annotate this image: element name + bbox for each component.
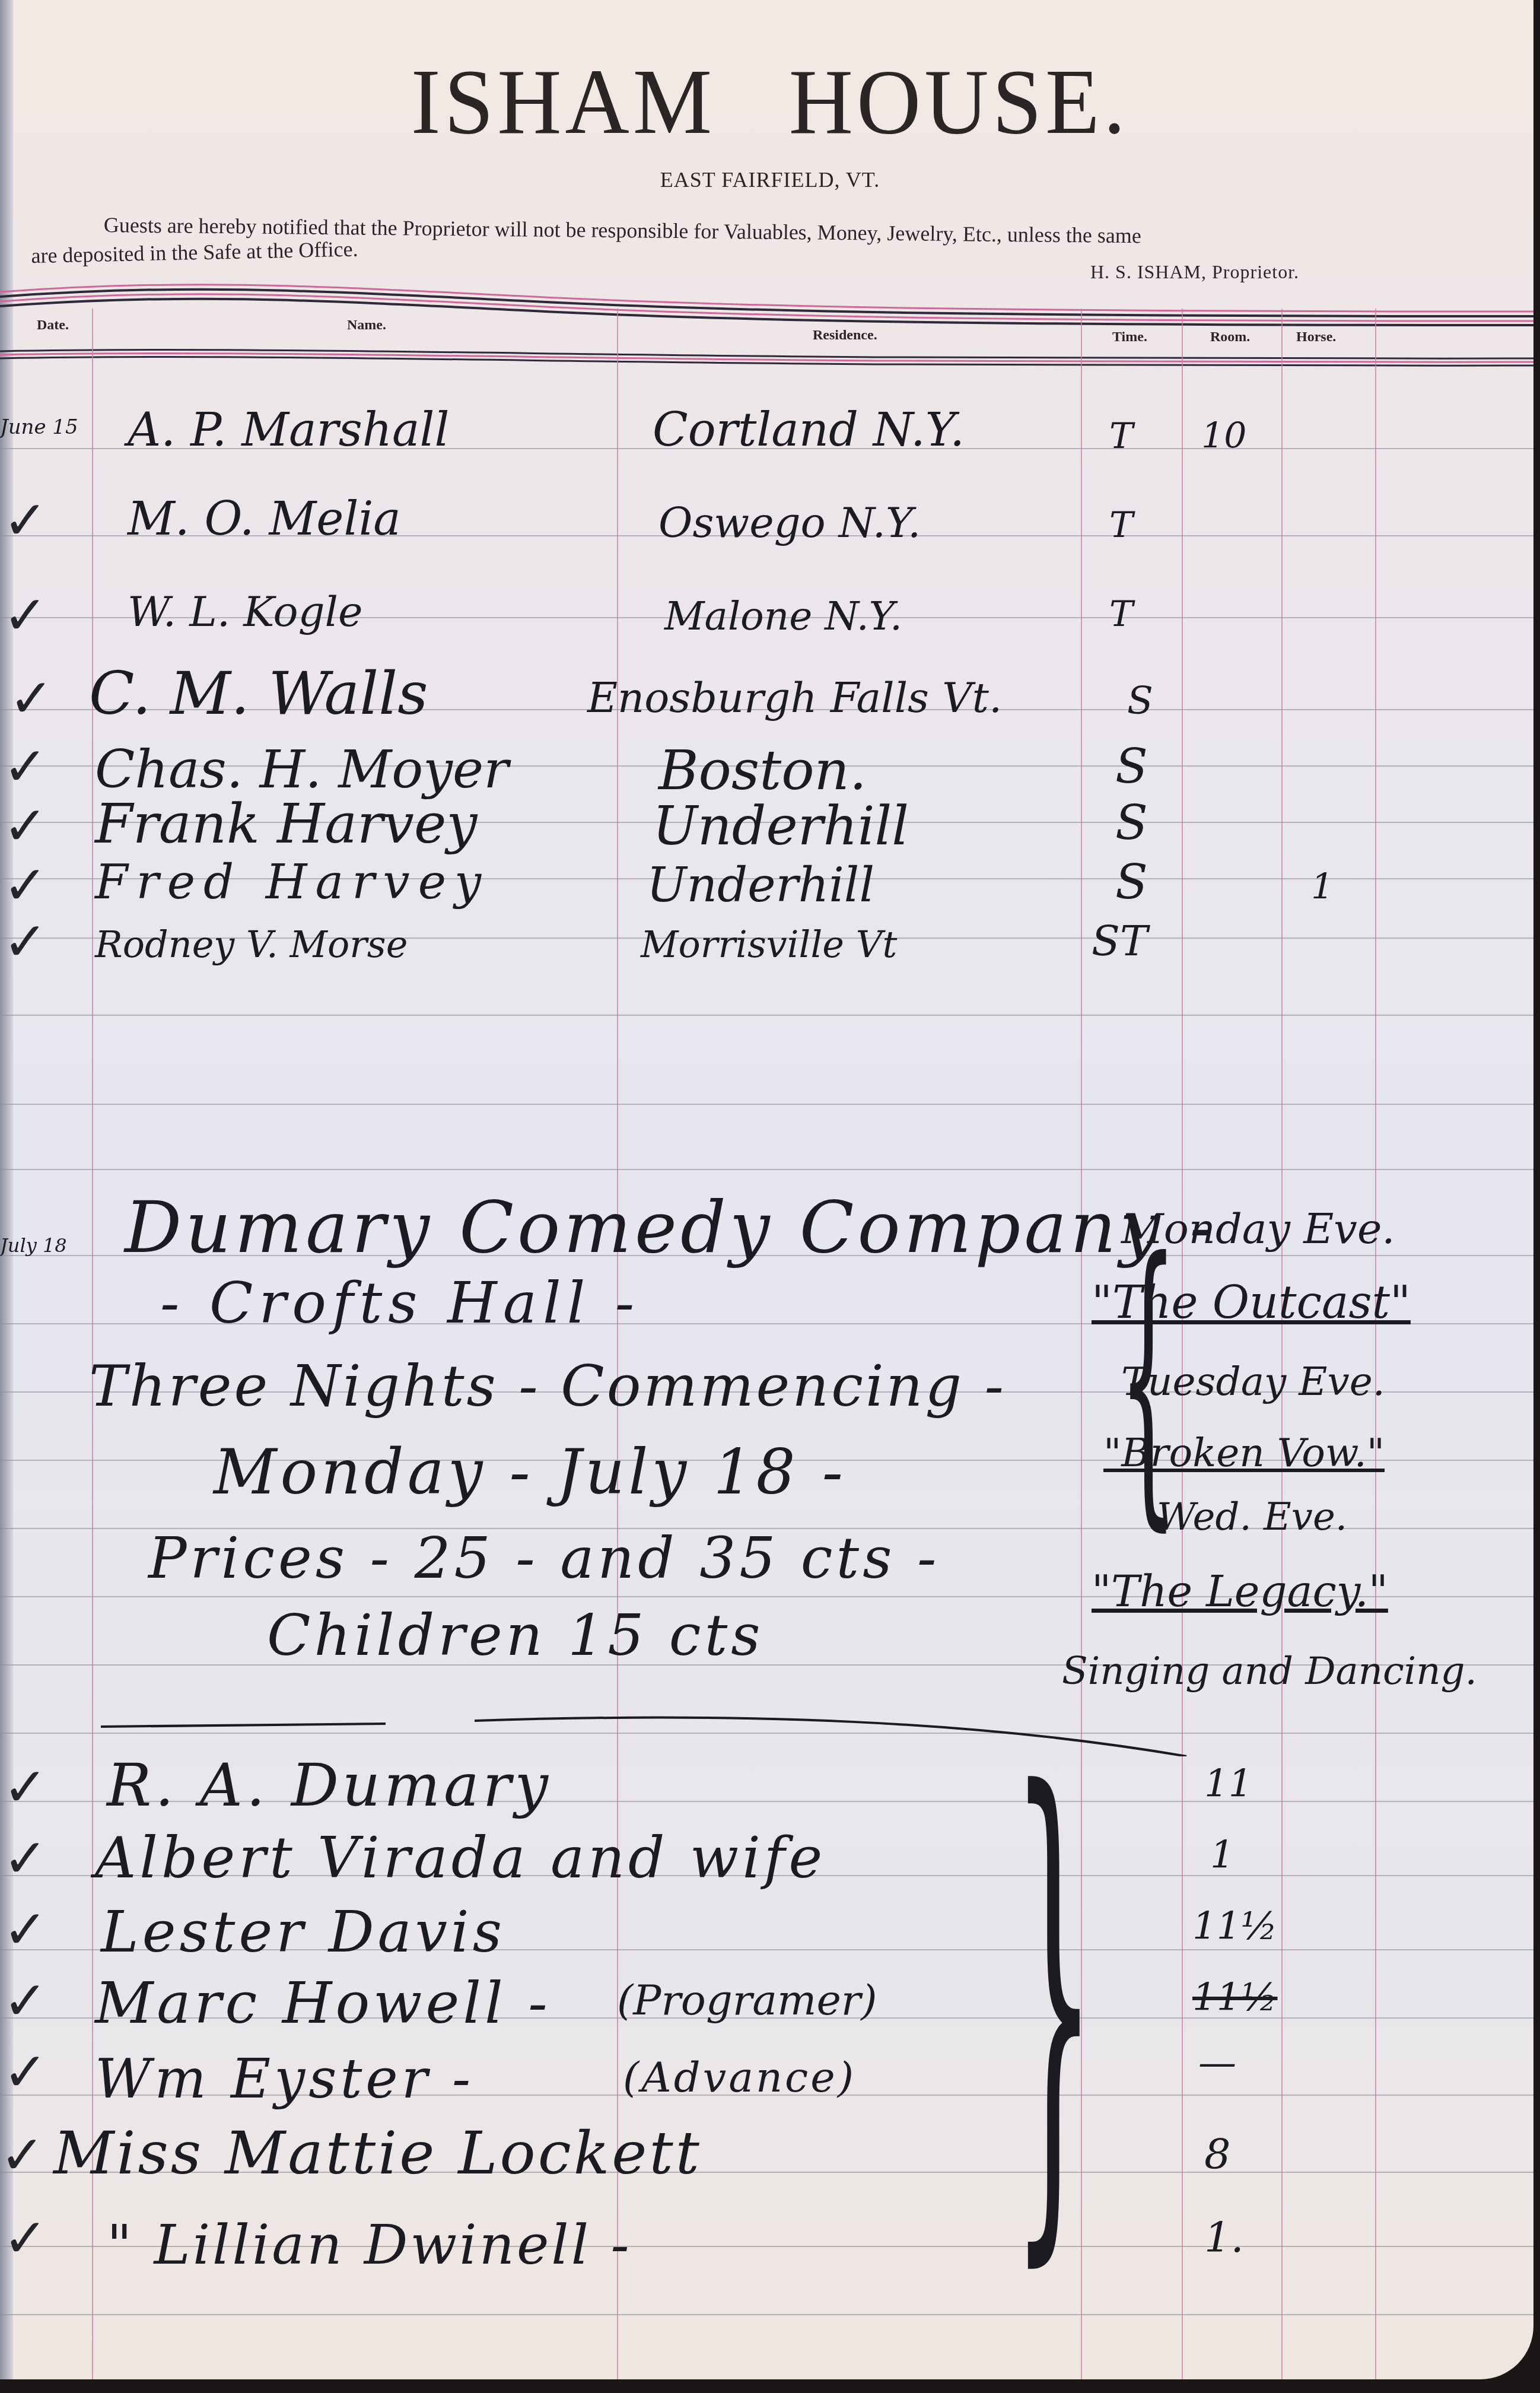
check-mark: ✓ bbox=[3, 490, 47, 552]
program-line: "Broken Vow." bbox=[1103, 1430, 1385, 1476]
check-mark: ✓ bbox=[0, 2124, 44, 2187]
check-mark: ✓ bbox=[3, 2207, 47, 2270]
row-rule bbox=[0, 1104, 1533, 1105]
guest-time: T bbox=[1109, 593, 1133, 635]
program-line: Singing and Dancing. bbox=[1062, 1650, 1477, 1693]
guest-residence: Underhill bbox=[647, 857, 874, 913]
guest-name: Chas. H. Moyer bbox=[95, 739, 508, 800]
column-rule-time bbox=[1182, 309, 1183, 2379]
guest-residence: Malone N.Y. bbox=[664, 593, 902, 639]
member-room: 11½ bbox=[1192, 1976, 1277, 2020]
column-header-date: Date. bbox=[37, 317, 69, 333]
announcement-line: Children 15 cts bbox=[267, 1602, 763, 1669]
title-isham: ISHAM bbox=[411, 50, 715, 153]
date-entry: June 15 bbox=[0, 415, 78, 439]
row-rule bbox=[0, 1169, 1533, 1170]
member-name: Lester Davis bbox=[101, 1899, 505, 1965]
guest-time: T bbox=[1109, 504, 1133, 546]
check-mark: ✓ bbox=[3, 1970, 47, 2032]
check-mark: ✓ bbox=[3, 736, 47, 798]
column-rule-horse bbox=[1375, 309, 1376, 2379]
member-room: 8 bbox=[1204, 2130, 1231, 2179]
guest-residence: Morrisville Vt bbox=[641, 923, 897, 966]
program-line: "The Legacy." bbox=[1092, 1566, 1388, 1616]
header-rule-top bbox=[0, 279, 1533, 326]
guest-residence: Enosburgh Falls Vt. bbox=[587, 673, 1002, 722]
column-header-room: Room. bbox=[1210, 329, 1250, 345]
guest-name: C. M. Walls bbox=[89, 659, 428, 728]
program-line: "The Outcast" bbox=[1092, 1276, 1411, 1329]
check-mark: ✓ bbox=[3, 1828, 47, 1890]
guest-time: ST bbox=[1092, 917, 1148, 965]
guest-time: S bbox=[1115, 854, 1148, 910]
announcement-line: Three Nights - Commencing - bbox=[89, 1353, 1006, 1419]
guest-name: Frank Harvey bbox=[95, 792, 477, 856]
member-note: (Advance) bbox=[623, 2053, 856, 2102]
member-name: Miss Mattie Lockett bbox=[53, 2118, 702, 2188]
guest-residence: Underhill bbox=[653, 795, 909, 857]
company-brace: { bbox=[1011, 1780, 1096, 2314]
member-room: 11 bbox=[1204, 1762, 1252, 1806]
announcement-line: Prices - 25 - and 35 cts - bbox=[148, 1525, 940, 1591]
guest-name: Fred Harvey bbox=[95, 854, 489, 910]
member-name: Wm Eyster - bbox=[95, 2047, 474, 2111]
member-room: — bbox=[1198, 2041, 1236, 2085]
member-name: " Lillian Dwinell - bbox=[107, 2213, 632, 2277]
program-line: Monday Eve. bbox=[1121, 1205, 1395, 1253]
guest-name: Rodney V. Morse bbox=[95, 923, 408, 966]
member-note: (Programer) bbox=[617, 1976, 877, 2025]
column-rule-date bbox=[92, 309, 93, 2379]
column-header-horse: Horse. bbox=[1296, 329, 1336, 345]
guest-time: S bbox=[1127, 679, 1153, 723]
guest-time: T bbox=[1109, 415, 1133, 457]
guest-horse: 1 bbox=[1311, 866, 1334, 908]
hotel-location: EAST FAIRFIELD, VT. bbox=[0, 167, 1533, 192]
column-rule-name bbox=[617, 309, 618, 2379]
row-rule bbox=[0, 1015, 1533, 1016]
guest-residence: Oswego N.Y. bbox=[658, 498, 921, 547]
guest-residence: Boston. bbox=[658, 739, 867, 802]
program-line: Tuesday Eve. bbox=[1121, 1359, 1385, 1404]
check-mark: ✓ bbox=[9, 668, 53, 730]
member-room: 1 bbox=[1210, 1833, 1234, 1877]
check-mark: ✓ bbox=[3, 1899, 47, 1961]
check-mark: ✓ bbox=[3, 911, 47, 973]
check-mark: ✓ bbox=[3, 584, 47, 647]
hotel-title: ISHAM HOUSE. bbox=[0, 48, 1533, 155]
check-mark: ✓ bbox=[3, 795, 47, 857]
check-mark: ✓ bbox=[3, 854, 47, 917]
guest-name: M. O. Melia bbox=[128, 492, 401, 546]
row-rule bbox=[0, 2314, 1533, 2315]
title-house: HOUSE. bbox=[789, 50, 1129, 153]
notice-line-2: are deposited in the Safe at the Office. bbox=[31, 236, 358, 268]
check-mark: ✓ bbox=[3, 1756, 47, 1819]
announcement-line: - Crofts Hall - bbox=[160, 1270, 640, 1336]
program-line: Wed. Eve. bbox=[1157, 1495, 1347, 1539]
guest-name: A. P. Marshall bbox=[128, 403, 450, 457]
announcement-date: July 18 bbox=[0, 1234, 67, 1257]
member-room: 11½ bbox=[1192, 1905, 1277, 1949]
register-page: ISHAM HOUSE. EAST FAIRFIELD, VT. Guests … bbox=[0, 0, 1533, 2379]
header-rule-bottom bbox=[0, 344, 1533, 368]
announcement-underline bbox=[89, 1709, 1275, 1756]
announcement-line: Dumary Comedy Company - bbox=[125, 1187, 1217, 1269]
member-name: Marc Howell - bbox=[95, 1970, 551, 2036]
column-header-time: Time. bbox=[1112, 329, 1147, 345]
guest-time: S bbox=[1115, 795, 1148, 850]
guest-name: W. L. Kogle bbox=[128, 587, 362, 636]
column-header-residence: Residence. bbox=[813, 328, 877, 344]
guest-time: S bbox=[1115, 739, 1148, 794]
announcement-line: Monday - July 18 - bbox=[214, 1436, 847, 1508]
member-room: 1. bbox=[1204, 2213, 1244, 2262]
guest-room: 10 bbox=[1201, 415, 1246, 457]
column-rule-room bbox=[1281, 309, 1283, 2379]
member-name: R. A. Dumary bbox=[107, 1750, 552, 1820]
member-name: Albert Virada and wife bbox=[95, 1825, 826, 1891]
guest-residence: Cortland N.Y. bbox=[653, 403, 965, 457]
check-mark: ✓ bbox=[3, 2041, 47, 2103]
column-header-name: Name. bbox=[347, 317, 386, 333]
